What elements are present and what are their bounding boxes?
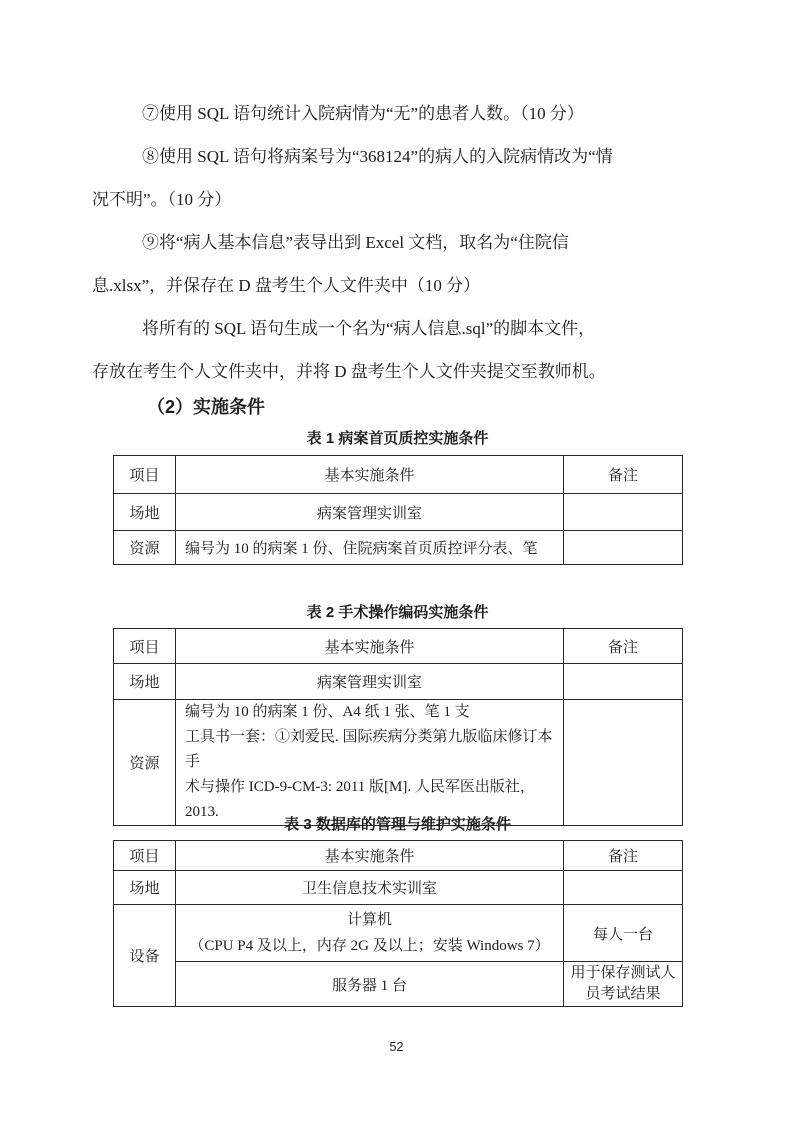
text-line: 况不明”。（10 分） <box>92 178 710 221</box>
text-line: ⑧使用 SQL 语句将病案号为“368124”的病人的入院病情改为“情 <box>92 135 710 178</box>
table-3: 项目 基本实施条件 备注 场地 卫生信息技术实训室 设备 计算机 （CPU P4… <box>113 840 683 1007</box>
text-line: （CPU P4 及以上，内存 2G 及以上；安装 Windows 7） <box>176 933 563 959</box>
content-cell: 编号为 10 的病案 1 份、A4 纸 1 张、笔 1 支 工具书一套：①刘爱民… <box>176 700 564 826</box>
table-row: 场地 病案管理实训室 <box>114 664 683 700</box>
remark-cell: 每人一台 <box>564 905 683 962</box>
content-cell: 编号为 10 的病案 1 份、住院病案首页质控评分表、笔 <box>176 531 564 565</box>
header-cell: 备注 <box>564 629 683 664</box>
remark-cell <box>564 531 683 565</box>
remark-cell <box>564 494 683 531</box>
remark-cell <box>564 664 683 700</box>
table-row: 项目 基本实施条件 备注 <box>114 841 683 871</box>
table-2-caption: 表 2 手术操作编码实施条件 <box>113 603 682 623</box>
text-line: 工具书一套：①刘爱民. 国际疾病分类第九版临床修订本手 <box>185 725 559 775</box>
header-cell: 备注 <box>564 841 683 871</box>
remark-text: 用于保存测试人员考试结果 <box>564 963 682 1005</box>
row-label-cell: 资源 <box>114 531 176 565</box>
table-1: 项目 基本实施条件 备注 场地 病案管理实训室 资源 编号为 10 的病案 1 … <box>113 455 683 565</box>
table-row: 场地 病案管理实训室 <box>114 494 683 531</box>
text-line: ⑨将“病人基本信息”表导出到 Excel 文档，取名为“住院信 <box>92 221 710 264</box>
section-heading: （2）实施条件 <box>92 394 710 420</box>
remark-cell <box>564 700 683 826</box>
table-row: 项目 基本实施条件 备注 <box>114 629 683 664</box>
remark-cell: 用于保存测试人员考试结果 <box>564 962 683 1007</box>
header-cell: 基本实施条件 <box>176 456 564 494</box>
content-cell: 病案管理实训室 <box>176 494 564 531</box>
row-label-cell: 设备 <box>114 905 176 1007</box>
text-line: 息.xlsx”，并保存在 D 盘考生个人文件夹中（10 分） <box>92 264 710 307</box>
header-cell: 项目 <box>114 841 176 871</box>
text-line: 存放在考生个人文件夹中，并将 D 盘考生个人文件夹提交至教师机。 <box>92 350 710 393</box>
text-line: 编号为 10 的病案 1 份、A4 纸 1 张、笔 1 支 <box>185 700 559 725</box>
text-line: 将所有的 SQL 语句生成一个名为“病人信息.sql”的脚本文件， <box>92 307 710 350</box>
remark-cell <box>564 871 683 905</box>
header-cell: 基本实施条件 <box>176 629 564 664</box>
text-line: ⑦使用 SQL 语句统计入院病情为“无”的患者人数。（10 分） <box>92 92 710 135</box>
text-line: 计算机 <box>176 907 563 933</box>
table-row: 服务器 1 台 用于保存测试人员考试结果 <box>114 962 683 1007</box>
table-row: 资源 编号为 10 的病案 1 份、住院病案首页质控评分表、笔 <box>114 531 683 565</box>
table-2: 项目 基本实施条件 备注 场地 病案管理实训室 资源 编号为 10 的病案 1 … <box>113 628 683 826</box>
content-lines: 编号为 10 的病案 1 份、A4 纸 1 张、笔 1 支 工具书一套：①刘爱民… <box>185 700 559 825</box>
content-cell: 病案管理实训室 <box>176 664 564 700</box>
document-page: ⑦使用 SQL 语句统计入院病情为“无”的患者人数。（10 分） ⑧使用 SQL… <box>0 0 793 1122</box>
content-cell: 服务器 1 台 <box>176 962 564 1007</box>
header-cell: 基本实施条件 <box>176 841 564 871</box>
row-label-cell: 场地 <box>114 494 176 531</box>
content-cell: 卫生信息技术实训室 <box>176 871 564 905</box>
table-1-caption: 表 1 病案首页质控实施条件 <box>113 429 682 449</box>
row-label-cell: 资源 <box>114 700 176 826</box>
table-row: 资源 编号为 10 的病案 1 份、A4 纸 1 张、笔 1 支 工具书一套：①… <box>114 700 683 826</box>
table-row: 设备 计算机 （CPU P4 及以上，内存 2G 及以上；安装 Windows … <box>114 905 683 962</box>
row-label-cell: 场地 <box>114 664 176 700</box>
header-cell: 备注 <box>564 456 683 494</box>
body-text: ⑦使用 SQL 语句统计入院病情为“无”的患者人数。（10 分） ⑧使用 SQL… <box>92 92 710 393</box>
page-number: 52 <box>0 1040 793 1054</box>
content-lines: 计算机 （CPU P4 及以上，内存 2G 及以上；安装 Windows 7） <box>176 907 563 959</box>
header-cell: 项目 <box>114 456 176 494</box>
header-cell: 项目 <box>114 629 176 664</box>
content-cell: 计算机 （CPU P4 及以上，内存 2G 及以上；安装 Windows 7） <box>176 905 564 962</box>
row-label-cell: 场地 <box>114 871 176 905</box>
table-3-caption: 表 3 数据库的管理与维护实施条件 <box>113 815 682 835</box>
table-row: 项目 基本实施条件 备注 <box>114 456 683 494</box>
table-row: 场地 卫生信息技术实训室 <box>114 871 683 905</box>
